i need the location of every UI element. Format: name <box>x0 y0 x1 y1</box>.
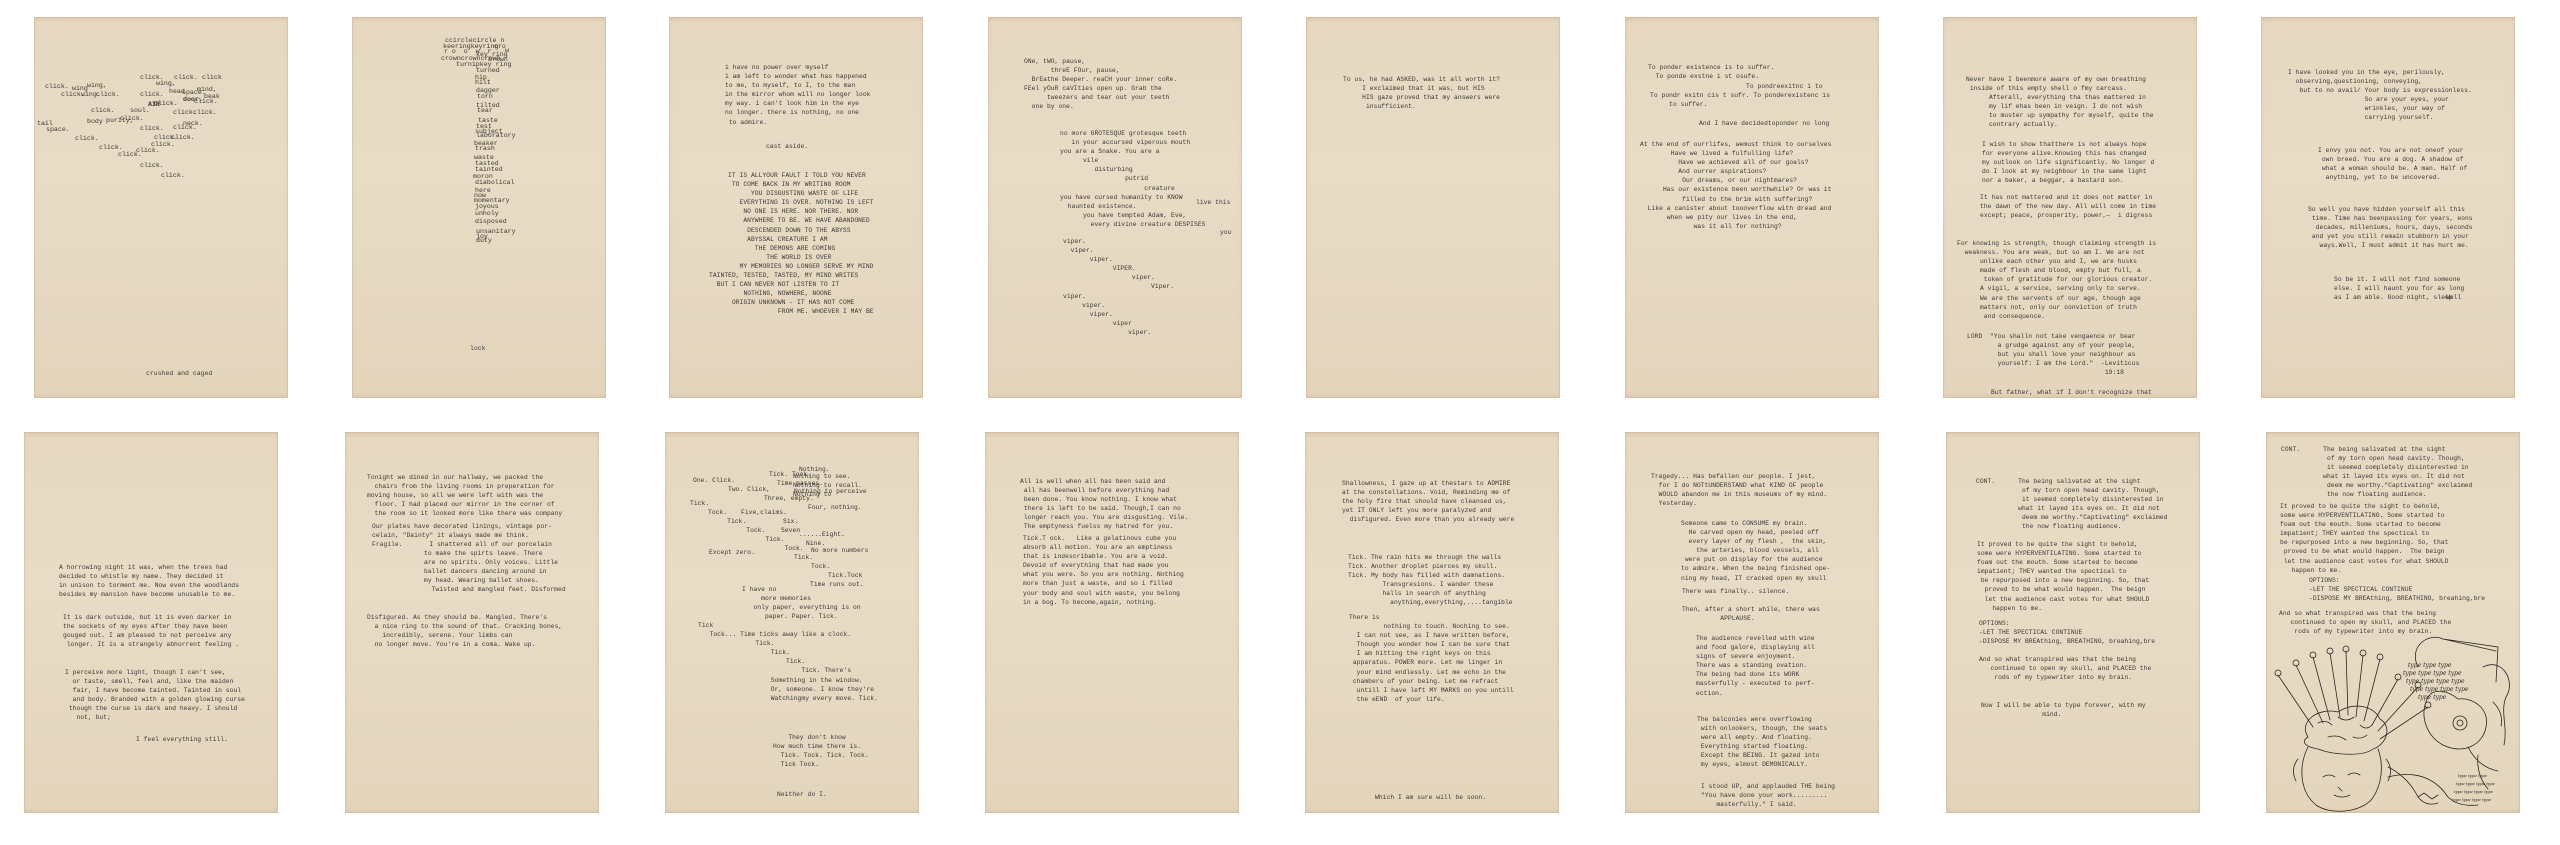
text-block: Which I am sure will be soon. <box>1375 793 1486 802</box>
typewritten-page[interactable]: CONT. The being salivated at the sight o… <box>1946 432 2200 813</box>
typewritten-page[interactable]: click.click.clickclick.wingwing,wing,cli… <box>34 17 288 398</box>
text-block: Our plates have decorated linings, vinta… <box>372 522 552 549</box>
scattered-word: soul. <box>130 107 150 114</box>
svg-text:type type type type: type type type type <box>2452 797 2492 802</box>
text-block: I feel everything still. <box>136 735 228 744</box>
text-block: to make the spirts leave. There are no s… <box>424 549 566 594</box>
text-block: I envy you not. You are not oneof your o… <box>2318 146 2467 182</box>
text-block: There is nothing to touch. Noching to se… <box>1349 613 1514 704</box>
typewritten-page[interactable]: To us, he had ASKED, was it all worth it… <box>1306 17 1560 398</box>
text-block: Tock. <box>811 562 830 571</box>
text-block: Shallowness, I gaze up at thestars to AD… <box>1342 479 1514 524</box>
scattered-word: click. <box>91 107 115 114</box>
text-block: Tonight we dined in our hallway, we pack… <box>367 473 562 518</box>
ink-drawing-illustration: type type type type type type type type … <box>2268 627 2518 813</box>
text-block: ONe, tWO, pause, threE FOur, pause, BrEa… <box>1024 57 1177 112</box>
text-block: And I have decidedtoponder no long <box>1699 119 1829 128</box>
text-block: I stood UP, and applauded THE being "You… <box>1701 782 1835 809</box>
text-block: viper. viper. viper. VIPER. viper. Viper… <box>1063 237 1174 337</box>
text-block: I wish to show thatthere is not always h… <box>1982 140 2154 185</box>
svg-text:type type type type: type type type type <box>2456 781 2496 786</box>
text-block: CONT. The being salivated at the sight o… <box>2281 445 2472 500</box>
text-block: I have no more memories only paper, ever… <box>742 585 861 621</box>
text-block: Seven <box>781 526 800 535</box>
scattered-word: click <box>202 74 222 81</box>
text-block: Tick Tock... Time ticks away like a cloc… <box>698 621 878 703</box>
scattered-word: joyous <box>475 203 499 210</box>
text-block: So be it. I will not find someone else. … <box>2334 275 2464 302</box>
text-block: It proved to be quite the sight to behol… <box>1977 540 2149 613</box>
scattered-word: tear <box>477 107 493 114</box>
typewritten-page[interactable]: CONT. The being salivated at the sight o… <box>2266 432 2520 813</box>
scattered-word: wing, <box>87 82 107 89</box>
scattered-word: diabolical <box>475 179 515 186</box>
text-block: Tick.Tock <box>828 571 862 580</box>
svg-text:type type type type: type type type type <box>2406 678 2465 685</box>
scattered-word: click. <box>161 172 185 179</box>
svg-text:type type type: type type type <box>2458 773 2488 778</box>
scattered-word: click. <box>118 151 142 158</box>
text-block: One. Click. <box>693 476 735 485</box>
page-caption: crushed and caged <box>146 370 212 377</box>
text-block: Tick. The rain hits me through the walls… <box>1348 553 1513 608</box>
svg-text:type type type type: type type type type <box>2403 670 2462 677</box>
text-block: Tragedy... Has befallen our people. I je… <box>1651 472 1827 508</box>
text-block: i have no power over myself i am left to… <box>725 63 871 127</box>
text-block: Tick. <box>794 553 813 562</box>
svg-text:type type type type: type type type type <box>2410 686 2469 693</box>
svg-text:type type type type: type type type type <box>2454 789 2494 794</box>
text-block: ......Eight. <box>799 530 845 539</box>
scattered-word: trash <box>475 145 495 152</box>
text-block: At the end of ourrlifes, wemust think to… <box>1640 140 1831 231</box>
text-block: And so what transpired was that the bein… <box>1979 655 2151 682</box>
text-block: For knowing is strength, though claiming… <box>1957 239 2156 321</box>
typewritten-page[interactable]: One. Click.Two. Click,Tick. Tock.Nothing… <box>665 432 919 813</box>
scattered-word: disposed <box>475 218 507 225</box>
scattered-word: click. <box>194 98 218 105</box>
text-block: OPTIONS: -LET THE SPECTICAL CONTINUE -DI… <box>1979 619 2155 646</box>
text-block: To pondreexitnc i to <box>1746 82 1823 91</box>
typewritten-page[interactable]: Tragedy... Has befallen our people. I je… <box>1625 432 1879 813</box>
text-block: Four, nothing. <box>808 503 862 512</box>
text-block: It has not mattered and it does not matt… <box>1980 193 2156 220</box>
scattered-word: click. <box>174 74 198 81</box>
text-block: Well <box>2446 293 2461 302</box>
scattered-word: tainted <box>475 166 503 173</box>
text-block: So well you have hidden yourself all thi… <box>2308 205 2473 250</box>
typewritten-page[interactable]: A horrowing night it was, when the trees… <box>24 432 278 813</box>
text-block: Then, after a short while, there was APP… <box>1682 605 1820 623</box>
scattered-word: click. <box>45 83 69 90</box>
text-block: OPTIONS: -LET THE SPECTICAL CONTINUE -DI… <box>2309 576 2485 603</box>
scattered-word: mind, <box>197 86 217 93</box>
scattered-word: click. <box>96 91 120 98</box>
text-block: Except zero. <box>709 548 755 557</box>
typewritten-page[interactable]: ONe, tWO, pause, threE FOur, pause, BrEa… <box>988 17 1242 398</box>
scattered-word: click. <box>154 100 178 107</box>
text-block: It proved to be quite the sight to behol… <box>2280 502 2448 575</box>
scattered-word: duty <box>476 237 492 244</box>
typewritten-page[interactable]: ccirclecircle nkeeringkeyringcror o o w … <box>352 17 606 398</box>
typewritten-page[interactable]: Shallowness, I gaze up at thestars to AD… <box>1305 432 1559 813</box>
scattered-word: click. <box>173 124 197 131</box>
text-block: To ponder existence is to suffer. To pon… <box>1648 63 1774 81</box>
scattered-word: body <box>87 118 103 125</box>
text-block: There was finally.. silence. <box>1682 587 1789 596</box>
text-block: CONT. The being salivated at the sight o… <box>1976 477 2167 532</box>
page-caption: lock <box>470 345 486 352</box>
text-block: cast aside. <box>766 142 808 151</box>
text-block: The balconies were overflowing with onlo… <box>1697 715 1827 770</box>
scattered-word: click. <box>140 91 164 98</box>
text-block: It is dark outside, but it is even darke… <box>63 613 239 649</box>
scattered-word: click. <box>99 144 123 151</box>
scattered-word: hilt <box>475 79 491 86</box>
scattered-word: space. <box>46 126 70 133</box>
scattered-word: click. <box>75 135 99 142</box>
scattered-word: click. <box>140 162 164 169</box>
text-block: TAINTED, TESTED, TASTED, MY MIND WRITES … <box>709 271 874 316</box>
scattered-word: click. <box>171 134 195 141</box>
text-block: No more numbers <box>811 546 868 555</box>
text-block: Three, empty. <box>764 494 814 503</box>
text-block: To pondr exitn cis t sufr. To ponderexis… <box>1650 91 1830 109</box>
scattered-word: click. <box>120 115 144 122</box>
text-block: Now I will be able to type forever, with… <box>1981 701 2146 719</box>
typewritten-page[interactable]: Never have I beenmore aware of my own br… <box>1943 17 2197 398</box>
text-block: The audience revelled with wine and food… <box>1696 634 1815 698</box>
scattered-word: laboratory <box>476 132 516 139</box>
text-block: All is well when all has been said and a… <box>1020 477 1188 532</box>
scattered-word: wing, <box>156 80 176 87</box>
text-block: LORD "You shalln not take vengaence or b… <box>1967 332 2139 377</box>
typewritten-page[interactable]: I have looked you in the eye, perilously… <box>2261 17 2515 398</box>
svg-text:type type: type type <box>2418 694 2447 701</box>
text-block: Two. Click, <box>728 485 770 494</box>
scattered-word: click. <box>140 125 164 132</box>
scattered-word: unholy <box>475 210 499 217</box>
text-block: no more GROTESQUE grotesque teeth in you… <box>1060 129 1206 229</box>
svg-text:type type type: type type type <box>2408 662 2452 669</box>
text-block: Disfigured. As they should be. Mangled. … <box>367 613 562 649</box>
text-block: Six. <box>783 517 798 526</box>
text-block: Tick.T ock. Like a gelatinous cube you a… <box>1023 534 1184 607</box>
typewritten-page[interactable]: Tonight we dined in our hallway, we pack… <box>345 432 599 813</box>
text-block: you <box>1220 228 1232 237</box>
text-block: Five,claims. <box>741 508 787 517</box>
typewritten-page[interactable]: i have no power over myself i am left to… <box>669 17 923 398</box>
scattered-word: click. <box>193 109 217 116</box>
text-block: I have looked you in the eye, perilously… <box>2288 68 2472 123</box>
text-block: To us, he had ASKED, was it all worth it… <box>1343 75 1500 111</box>
scattered-word: turned <box>476 67 500 74</box>
text-block: IT IS ALLYOUR FAULT I TOLD YOU NEVER TO … <box>728 171 874 271</box>
text-block: live this <box>1196 198 1230 207</box>
text-block: A horrowing night it was, when the trees… <box>59 563 239 599</box>
text-block: Never have I beenmore aware of my own br… <box>1966 75 2154 130</box>
scattered-word: torn <box>477 93 493 100</box>
typewritten-page[interactable]: To ponder existence is to suffer. To pon… <box>1625 17 1879 398</box>
text-block: They don't know How much time there is. … <box>773 733 869 769</box>
text-block: Someone came to CONSUME my brain. He car… <box>1681 519 1830 583</box>
text-block: Tick. <box>690 499 709 508</box>
typewritten-page[interactable]: All is well when all has been said and a… <box>985 432 1239 813</box>
text-block: But father, what if I don't recognize th… <box>1991 388 2152 398</box>
text-block: I perceive more light, though I can't se… <box>65 668 245 723</box>
text-block: Neither do I. <box>777 790 827 799</box>
